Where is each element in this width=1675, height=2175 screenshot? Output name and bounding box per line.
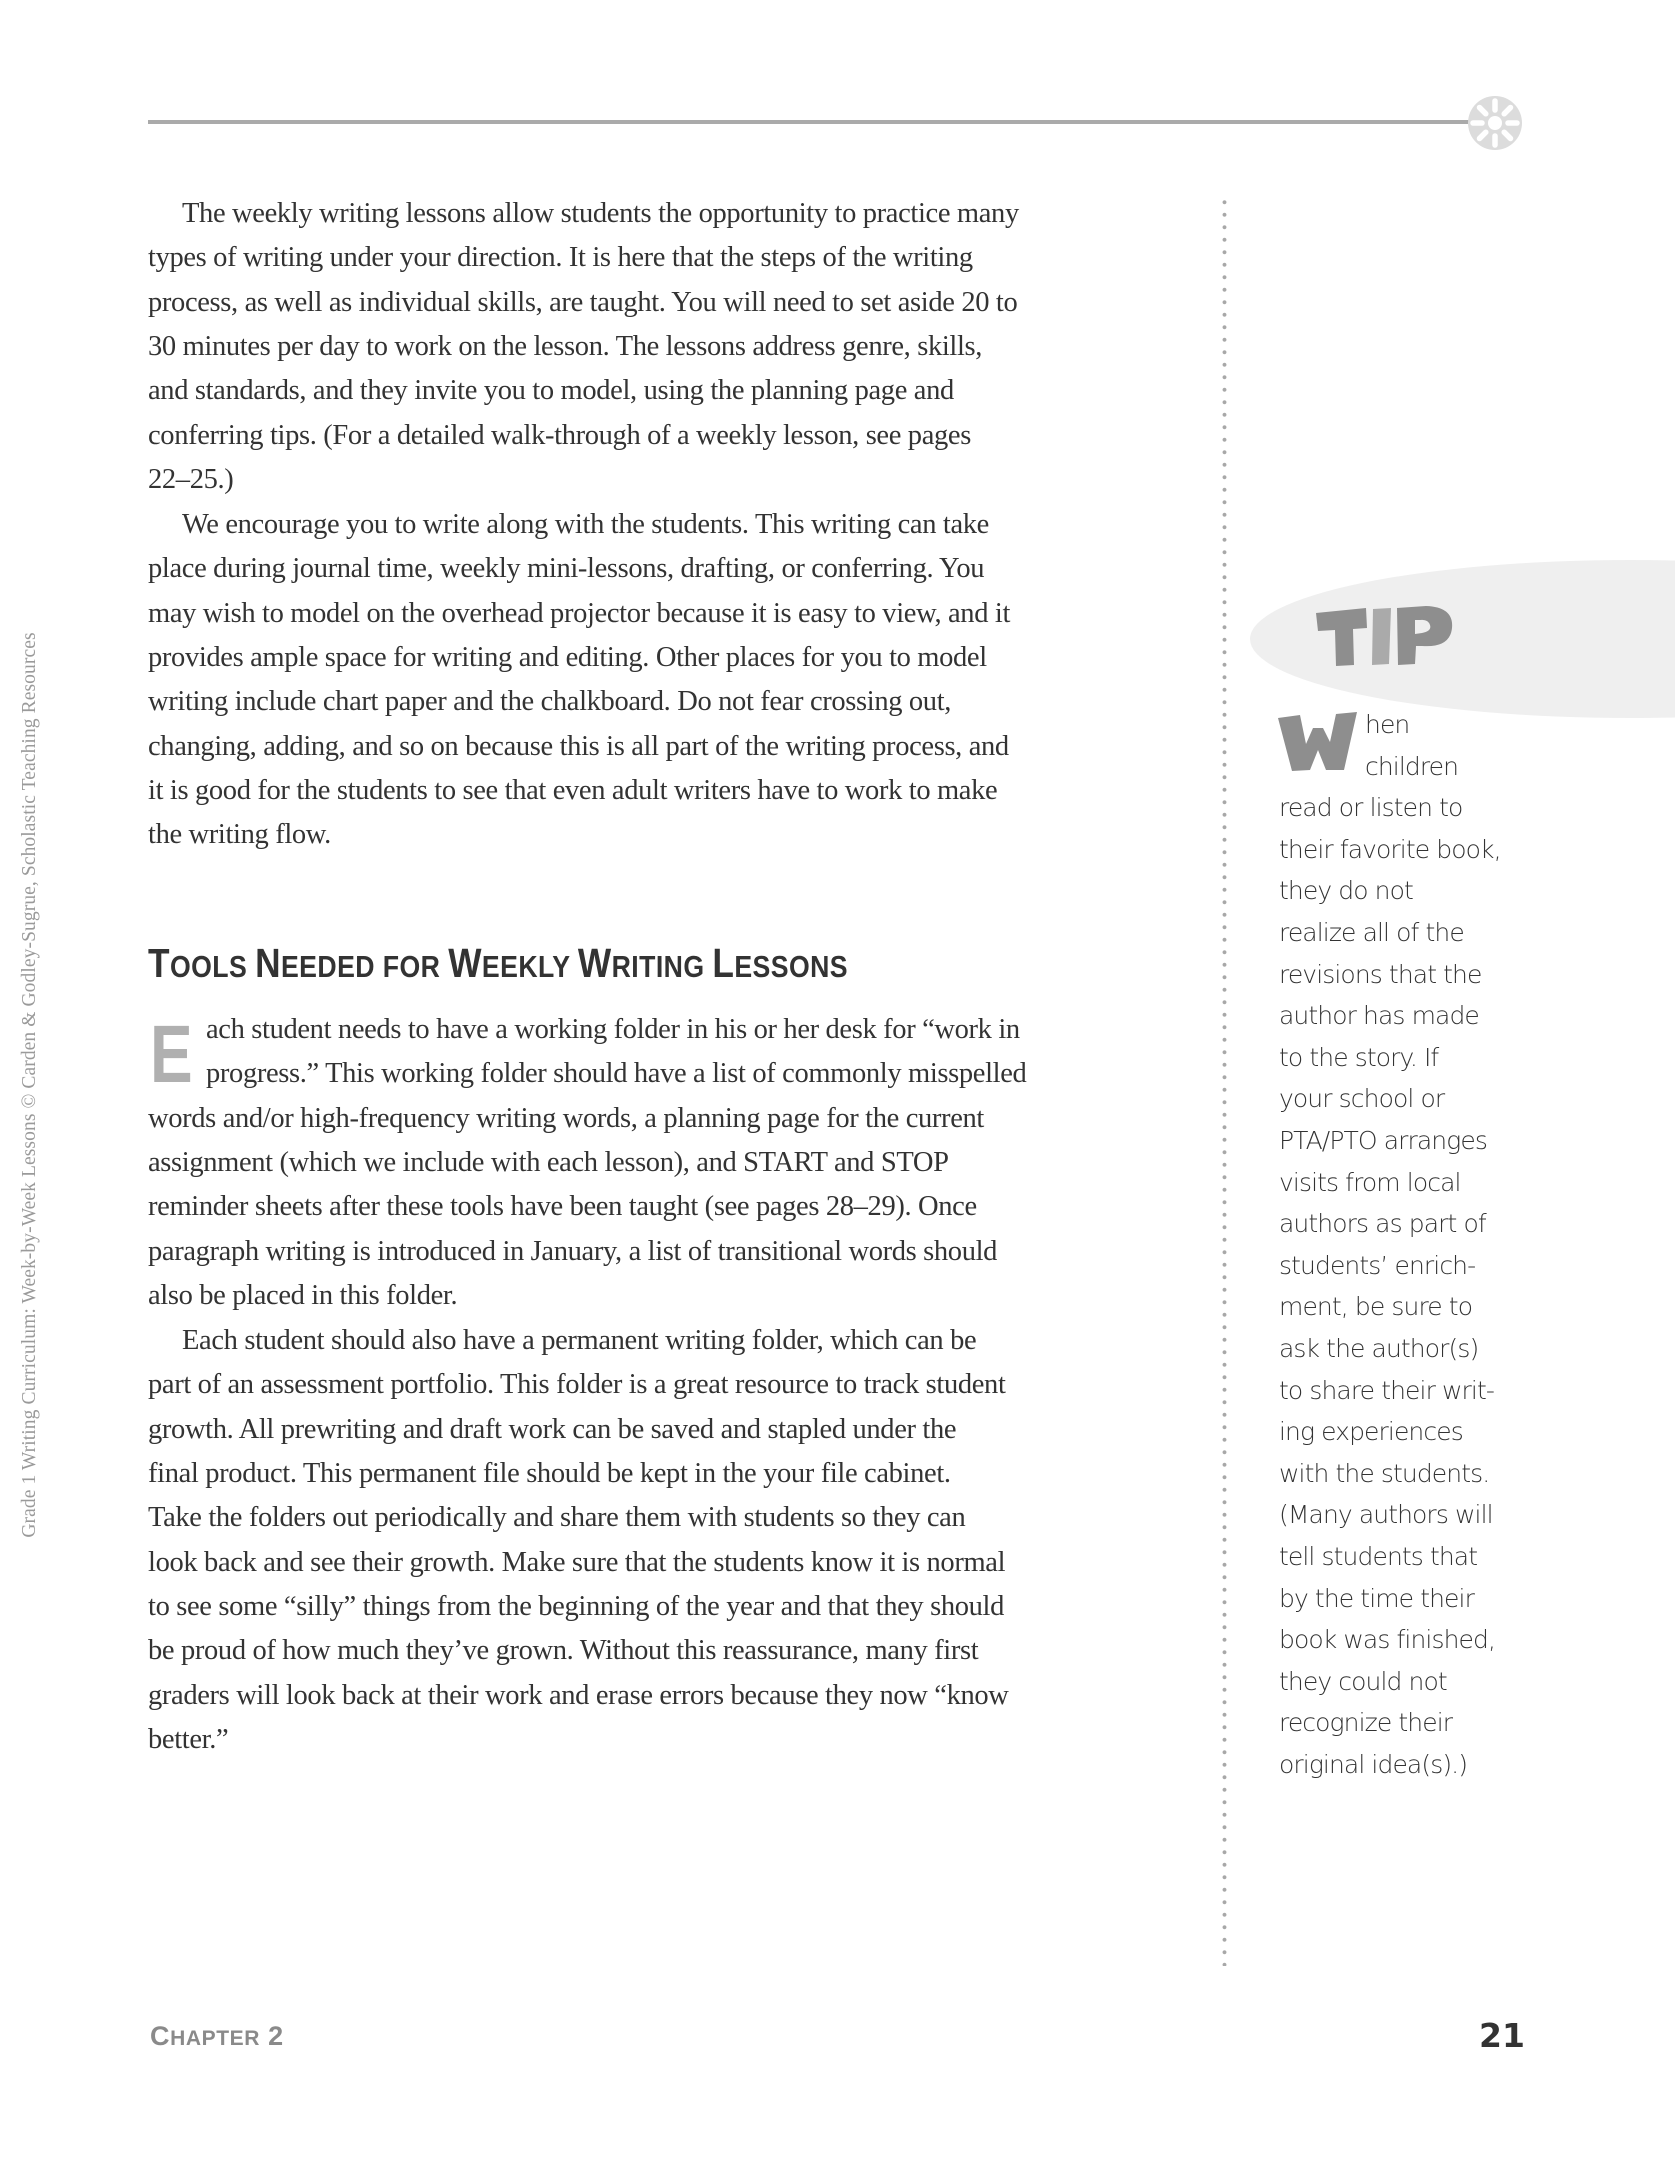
text-line: may wish to model on the overhead projec… (148, 596, 1010, 632)
tip-line: by the time their (1279, 1583, 1474, 1615)
text-line: and standards, and they invite you to mo… (148, 373, 954, 409)
text-line: place during journal time, weekly mini-l… (148, 551, 984, 587)
heading-cap: N (255, 940, 281, 986)
text-line: writing include chart paper and the chal… (148, 684, 951, 720)
tip-line: they could not (1279, 1666, 1447, 1698)
tip-label-icon (1314, 598, 1459, 678)
tip-line: revisions that the (1279, 959, 1481, 991)
text-line: types of writing under your direction. I… (148, 240, 973, 276)
text-line: better.” (148, 1722, 228, 1758)
text-line: 30 minutes per day to work on the lesson… (148, 329, 982, 365)
wheel-icon (1467, 95, 1523, 151)
heading-smallcaps: EEDED FOR (281, 949, 448, 984)
text-line: 22–25.) (148, 462, 233, 498)
section-heading: TOOLS NEEDED FOR WEEKLY WRITING LESSONS (148, 938, 848, 992)
heading-smallcaps: OOLS (170, 949, 255, 984)
text-line: changing, adding, and so on because this… (148, 729, 1009, 765)
tip-line: ment, be sure to (1279, 1291, 1472, 1323)
text-line: the writing flow. (148, 817, 331, 853)
chapter-cap: C (150, 2021, 170, 2051)
text-line: assignment (which we include with each l… (148, 1145, 949, 1181)
dotted-divider (1222, 196, 1227, 1966)
tip-line: students’ enrich- (1279, 1250, 1475, 1282)
text-line: Each student should also have a permanen… (182, 1323, 976, 1359)
heading-cap: W (448, 940, 482, 986)
text-line: ach student needs to have a working fold… (206, 1012, 1020, 1048)
drop-cap-e: E (150, 1010, 193, 1100)
text-line: also be placed in this folder. (148, 1278, 457, 1314)
chapter-number: 2 (268, 2021, 284, 2051)
footer-chapter-label: CHAPTER 2 (150, 2018, 284, 2057)
tip-line: ask the author(s) (1279, 1333, 1478, 1365)
text-line: be proud of how much they’ve grown. With… (148, 1633, 978, 1669)
text-line: The weekly writing lessons allow student… (182, 196, 1019, 232)
header-rule (148, 120, 1470, 124)
tip-line: to the story. If (1279, 1042, 1438, 1074)
tip-line: to share their writ- (1279, 1375, 1494, 1407)
tip-line: ing experiences (1279, 1416, 1463, 1448)
text-line: part of an assessment portfolio. This fo… (148, 1367, 1006, 1403)
tip-line: tell students that (1279, 1541, 1477, 1573)
tip-line: hen (1365, 709, 1409, 741)
tip-line: recognize their (1279, 1707, 1452, 1739)
text-line: Take the folders out periodically and sh… (148, 1500, 965, 1536)
text-line: final product. This permanent file shoul… (148, 1456, 951, 1492)
text-line: growth. All prewriting and draft work ca… (148, 1412, 956, 1448)
text-line: words and/or high-frequency writing word… (148, 1101, 984, 1137)
heading-smallcaps: EEKLY (482, 949, 578, 984)
tip-line: they do not (1279, 875, 1413, 907)
heading-cap: T (148, 940, 170, 986)
text-line: it is good for the students to see that … (148, 773, 997, 809)
text-line: look back and see their growth. Make sur… (148, 1545, 1005, 1581)
text-line: graders will look back at their work and… (148, 1678, 1009, 1714)
tip-line: PTA/PTO arranges (1279, 1125, 1487, 1157)
text-line: conferring tips. (For a detailed walk-th… (148, 418, 971, 454)
text-line: We encourage you to write along with the… (182, 507, 989, 543)
tip-line: children (1365, 751, 1458, 783)
text-line: progress.” This working folder should ha… (206, 1056, 1026, 1092)
text-line: process, as well as individual skills, a… (148, 285, 1017, 321)
tip-line: their favorite book, (1279, 834, 1501, 866)
text-line: provides ample space for writing and edi… (148, 640, 987, 676)
side-credit: Grade 1 Writing Curriculum: Week-by-Week… (19, 632, 41, 1537)
text-line: reminder sheets after these tools have b… (148, 1189, 977, 1225)
tip-line: book was finished, (1279, 1624, 1495, 1656)
tip-line: with the students. (1279, 1458, 1489, 1490)
tip-line: (Many authors will (1279, 1499, 1493, 1531)
page-number: 21 (1479, 2016, 1525, 2056)
tip-line: visits from local (1279, 1167, 1461, 1199)
heading-smallcaps: ESSONS (734, 949, 848, 984)
tip-line: author has made (1279, 1000, 1479, 1032)
tip-line: read or listen to (1279, 792, 1462, 824)
text-line: to see some “silly” things from the begi… (148, 1589, 1004, 1625)
drop-cap-w-icon (1278, 712, 1358, 772)
heading-cap: L (712, 940, 734, 986)
text-line: paragraph writing is introduced in Janua… (148, 1234, 997, 1270)
tip-line: authors as part of (1279, 1208, 1486, 1240)
chapter-smallcaps: HAPTER (170, 2027, 260, 2050)
tip-line: realize all of the (1279, 917, 1464, 949)
heading-cap: W (578, 940, 612, 986)
tip-line: your school or (1279, 1083, 1444, 1115)
tip-line: original idea(s).) (1279, 1749, 1467, 1781)
heading-smallcaps: RITING (612, 949, 713, 984)
